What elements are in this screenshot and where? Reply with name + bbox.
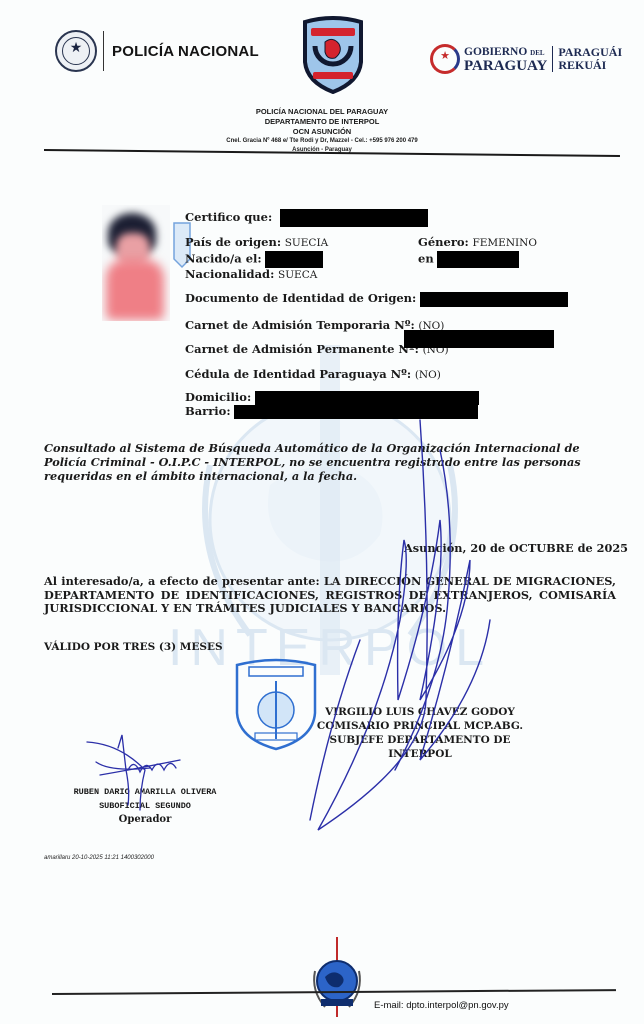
institution-name: POLICÍA NACIONAL DEL PARAGUAY	[0, 107, 644, 117]
letterhead: POLICÍA NACIONAL DEL PARAGUAY DEPARTAMEN…	[0, 107, 644, 155]
py-id-label: Cédula de Identidad Paraguaya Nº:	[185, 367, 411, 381]
py-id-value: (NO)	[415, 369, 441, 381]
chief-title: SUBJEFE DEPARTAMENTO DE INTERPOL	[300, 733, 540, 761]
slogan-text: PARAGUÁI REKUÁI	[558, 46, 622, 72]
issue-date: Asunción, 20 de OCTUBRE de 2025	[404, 541, 628, 555]
chief-name: VIRGILIO LUIS CHAVEZ GODOY	[300, 705, 540, 719]
logo-divider	[552, 46, 553, 72]
temp-card-label: Carnet de Admisión Temporaria Nº:	[185, 318, 415, 332]
police-shield-icon	[299, 16, 367, 94]
chief-rank: COMISARIO PRINCIPAL MCP.ABG.	[300, 719, 540, 733]
operator-rank: SUBOFICIAL SEGUNDO	[40, 799, 250, 813]
del-word: DEL	[530, 49, 544, 57]
redacted-origin-id	[420, 292, 568, 307]
born-row: Nacido/a el:	[185, 251, 323, 268]
nationality-label: Nacionalidad:	[185, 267, 274, 281]
office-name: OCN ASUNCIÓN	[0, 127, 644, 137]
operator-signature-block: RUBEN DARIO AMARILLA OLIVERA SUBOFICIAL …	[40, 785, 250, 827]
department-name: DEPARTAMENTO DE INTERPOL	[0, 117, 644, 127]
nationality-value: SUECA	[278, 269, 317, 281]
redacted-name	[280, 209, 428, 227]
purpose-statement: Al interesado/a, a efecto de presentar a…	[44, 575, 616, 616]
redacted-birth-place	[437, 251, 519, 268]
interpol-logo-icon	[309, 937, 365, 1019]
paraguay-emblem-icon	[430, 44, 460, 74]
chief-signature-block: VIRGILIO LUIS CHAVEZ GODOY COMISARIO PRI…	[300, 705, 540, 761]
certifies-label: Certifico que:	[185, 210, 272, 224]
national-seal-icon	[55, 30, 97, 72]
origin-id-label: Documento de Identidad de Origen:	[185, 291, 416, 305]
country-row: País de origen: SUECIA	[185, 235, 328, 249]
operator-role: Operador	[40, 813, 250, 827]
address-label: Domicilio:	[185, 390, 251, 404]
redacted-birth-date	[265, 251, 323, 268]
perm-card-label: Carnet de Admisión Permanente Nº:	[185, 342, 419, 356]
logo-divider	[103, 31, 104, 71]
office-address: Cnel. Gracia Nº 468 e/ Tte Rodi y Dr, Ma…	[0, 137, 644, 146]
system-timestamp: amarillaru 20-10-2025 11:21 1400302000	[44, 855, 154, 861]
neighborhood-label: Barrio:	[185, 404, 231, 418]
slogan-line-2: REKUÁI	[558, 59, 622, 72]
born-label: Nacido/a el:	[185, 252, 262, 266]
operator-name: RUBEN DARIO AMARILLA OLIVERA	[40, 785, 250, 799]
address-row: Domicilio:	[185, 390, 479, 405]
neighborhood-row: Barrio:	[185, 404, 478, 419]
born-in-row: en	[418, 251, 519, 268]
gobierno-text: GOBIERNO DEL PARAGUAY	[464, 46, 547, 73]
paraguay-word: PARAGUAY	[464, 60, 547, 73]
contact-email: E-mail: dpto.interpol@pn.gov.py	[374, 1000, 509, 1011]
country-value: SUECIA	[285, 237, 328, 249]
gobierno-paraguay-logo: GOBIERNO DEL PARAGUAY PARAGUÁI REKUÁI	[430, 44, 622, 74]
redacted-perm-card	[404, 330, 554, 348]
policia-nacional-text: POLICÍA NACIONAL	[112, 43, 259, 60]
py-id-row: Cédula de Identidad Paraguaya Nº: (NO)	[185, 367, 441, 381]
gobierno-word: GOBIERNO	[464, 46, 527, 58]
origin-id-row: Documento de Identidad de Origen:	[185, 291, 568, 307]
redacted-address	[255, 391, 479, 405]
interpol-consult-statement: Consultado al Sistema de Búsqueda Automá…	[44, 441, 614, 483]
certifies-row: Certifico que:	[185, 209, 428, 227]
applicant-photo	[102, 205, 170, 321]
redacted-neighborhood	[234, 405, 478, 419]
country-label: País de origen:	[185, 235, 281, 249]
gender-row: Género: FEMENINO	[418, 235, 537, 249]
gender-value: FEMENINO	[472, 237, 537, 249]
gender-label: Género:	[418, 235, 469, 249]
born-in-label: en	[418, 252, 434, 266]
policia-nacional-logo: POLICÍA NACIONAL	[55, 30, 259, 72]
nationality-row: Nacionalidad: SUECA	[185, 267, 317, 281]
validity-notice: VÁLIDO POR TRES (3) MESES	[44, 641, 223, 653]
